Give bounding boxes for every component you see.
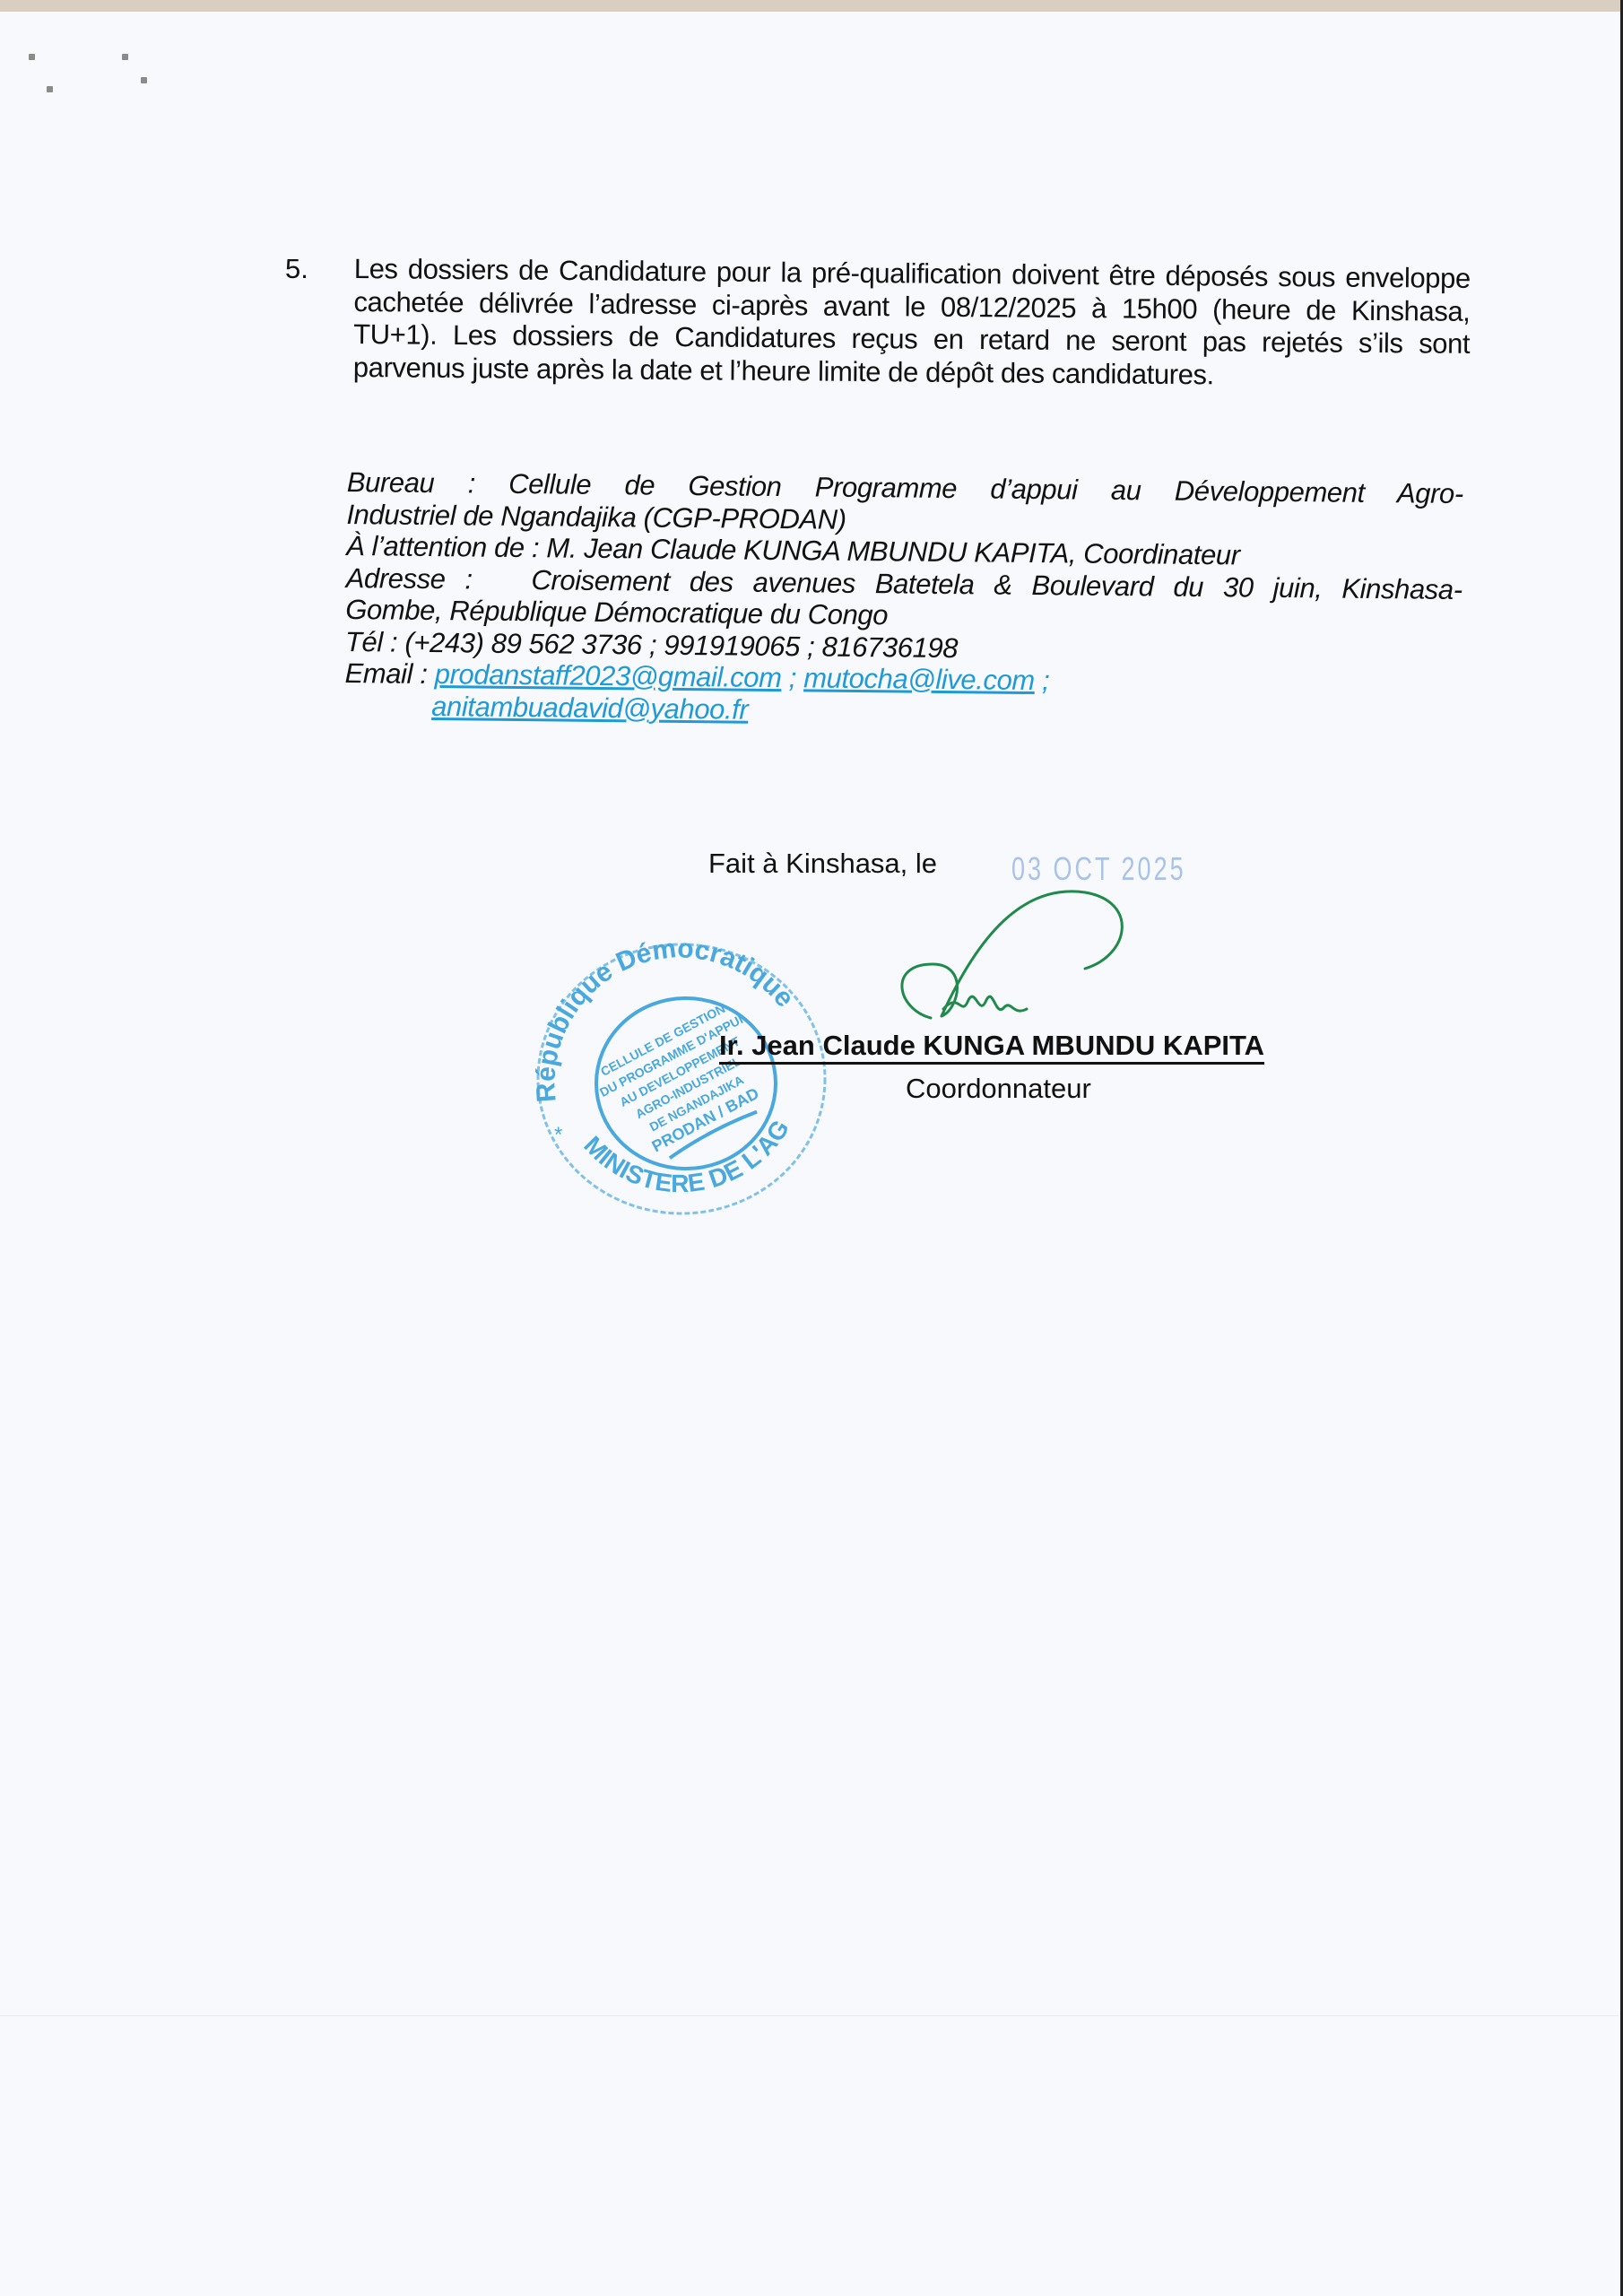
email-link-prodanstaff[interactable]: prodanstaff2023@gmail.com [435, 658, 782, 693]
address-block: Bureau : Cellule de Gestion Programme d’… [344, 466, 1463, 733]
scan-speck [122, 54, 128, 60]
scan-speck [29, 54, 35, 60]
deadline-paragraph: Les dossiers de Candidature pour la pré-… [353, 253, 1471, 394]
svg-text:*: * [554, 1123, 562, 1147]
official-stamp-icon: République Démocratique du Co MINISTERE … [520, 922, 843, 1227]
signatory-name: Ir. Jean Claude KUNGA MBUNDU KAPITA [719, 1031, 1264, 1065]
signatory-title: Coordonnateur [906, 1073, 1091, 1105]
signature-icon [879, 874, 1148, 1031]
item-number: 5. [285, 253, 308, 285]
scan-speck [47, 86, 53, 92]
scan-top-edge [0, 0, 1623, 12]
scan-speck [141, 77, 147, 83]
email-link-anitambuadavid[interactable]: anitambuadavid@yahoo.fr [431, 691, 749, 726]
paper-fold-line [0, 2015, 1619, 2016]
email-link-mutocha[interactable]: mutocha@live.com [803, 662, 1035, 696]
